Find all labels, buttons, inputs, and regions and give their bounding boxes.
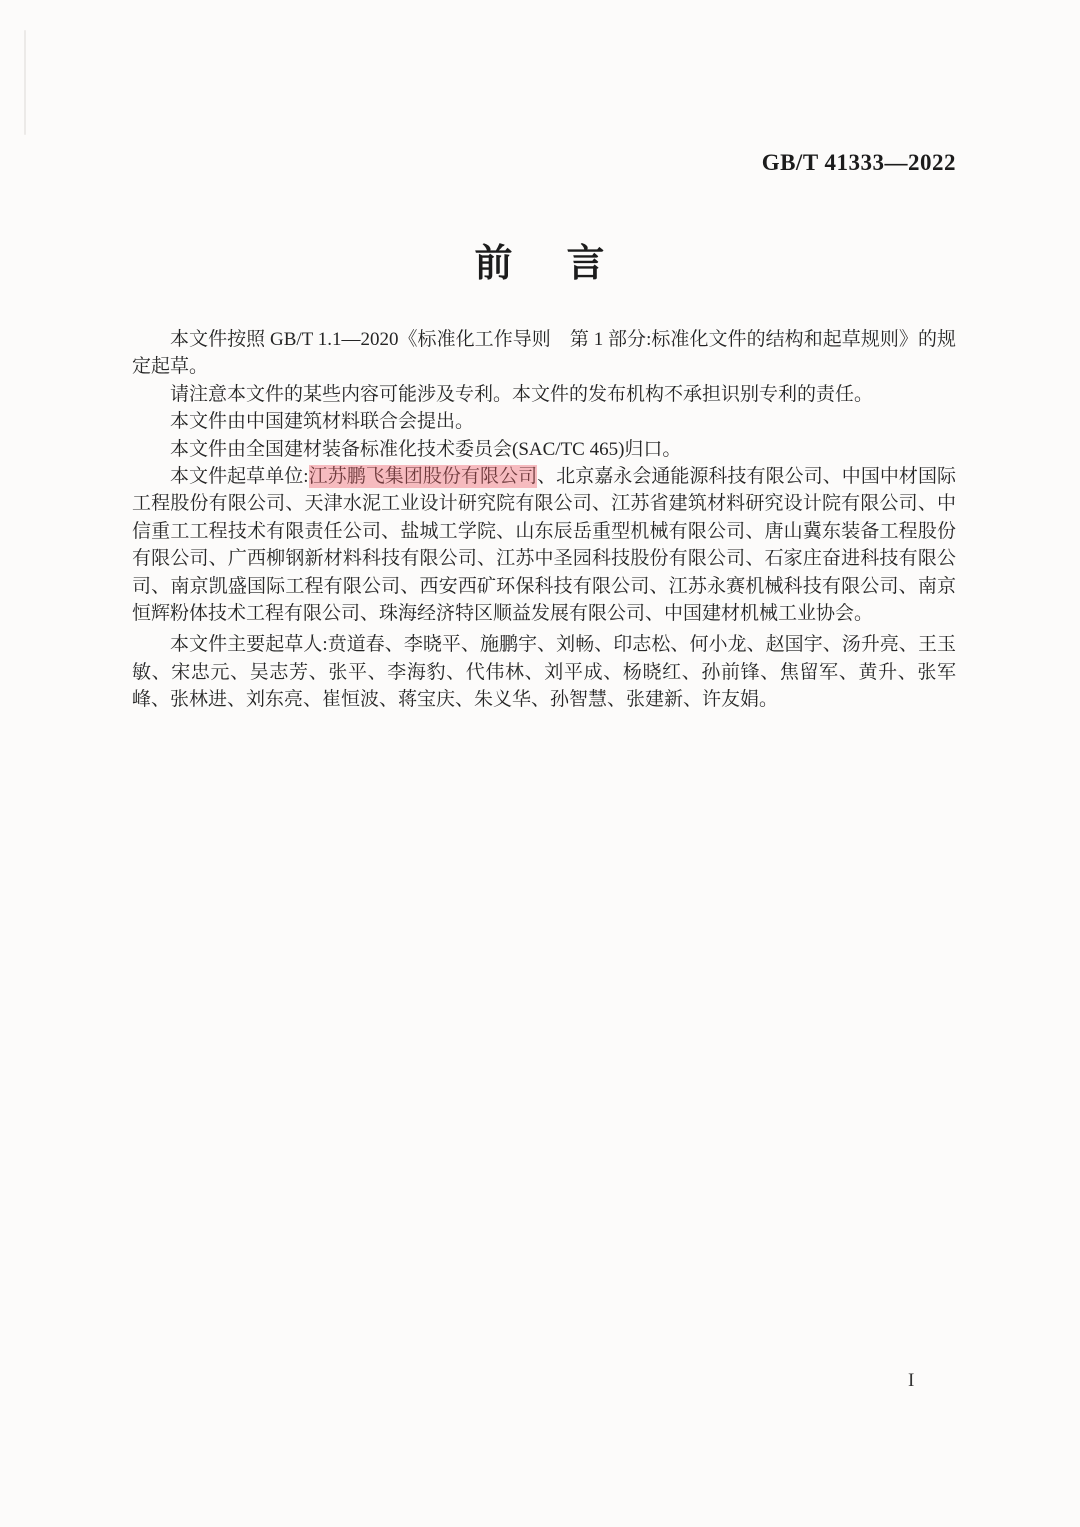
paragraph-drafting-basis: 本文件按照 GB/T 1.1—2020《标准化工作导则 第 1 部分:标准化文件… [132, 326, 956, 381]
paragraph-drafting-organizations: 本文件起草单位:江苏鹏飞集团股份有限公司、北京嘉永会通能源科技有限公司、中国中材… [132, 463, 956, 627]
foreword-body: 本文件按照 GB/T 1.1—2020《标准化工作导则 第 1 部分:标准化文件… [132, 326, 956, 714]
scan-artifact-line [24, 30, 26, 135]
paragraph-centralized-by: 本文件由全国建材装备标准化技术委员会(SAC/TC 465)归口。 [132, 436, 956, 463]
drafting-organizations-list: 、北京嘉永会通能源科技有限公司、中国中材国际工程股份有限公司、天津水泥工业设计研… [132, 466, 956, 624]
paragraph-patent-notice: 请注意本文件的某些内容可能涉及专利。本文件的发布机构不承担识别专利的责任。 [132, 381, 956, 408]
paragraph-proposed-by: 本文件由中国建筑材料联合会提出。 [132, 408, 956, 435]
highlighted-organization: 江苏鹏飞集团股份有限公司 [309, 465, 538, 488]
standard-code: GB/T 41333—2022 [762, 150, 956, 176]
drafting-organizations-prefix: 本文件起草单位: [170, 466, 309, 487]
page-title: 前 言 [132, 232, 955, 287]
paragraph-main-drafters: 本文件主要起草人:贲道春、李晓平、施鹏宇、刘畅、印志松、何小龙、赵国宇、汤升亮、… [132, 631, 956, 713]
page-number: I [908, 1370, 914, 1392]
